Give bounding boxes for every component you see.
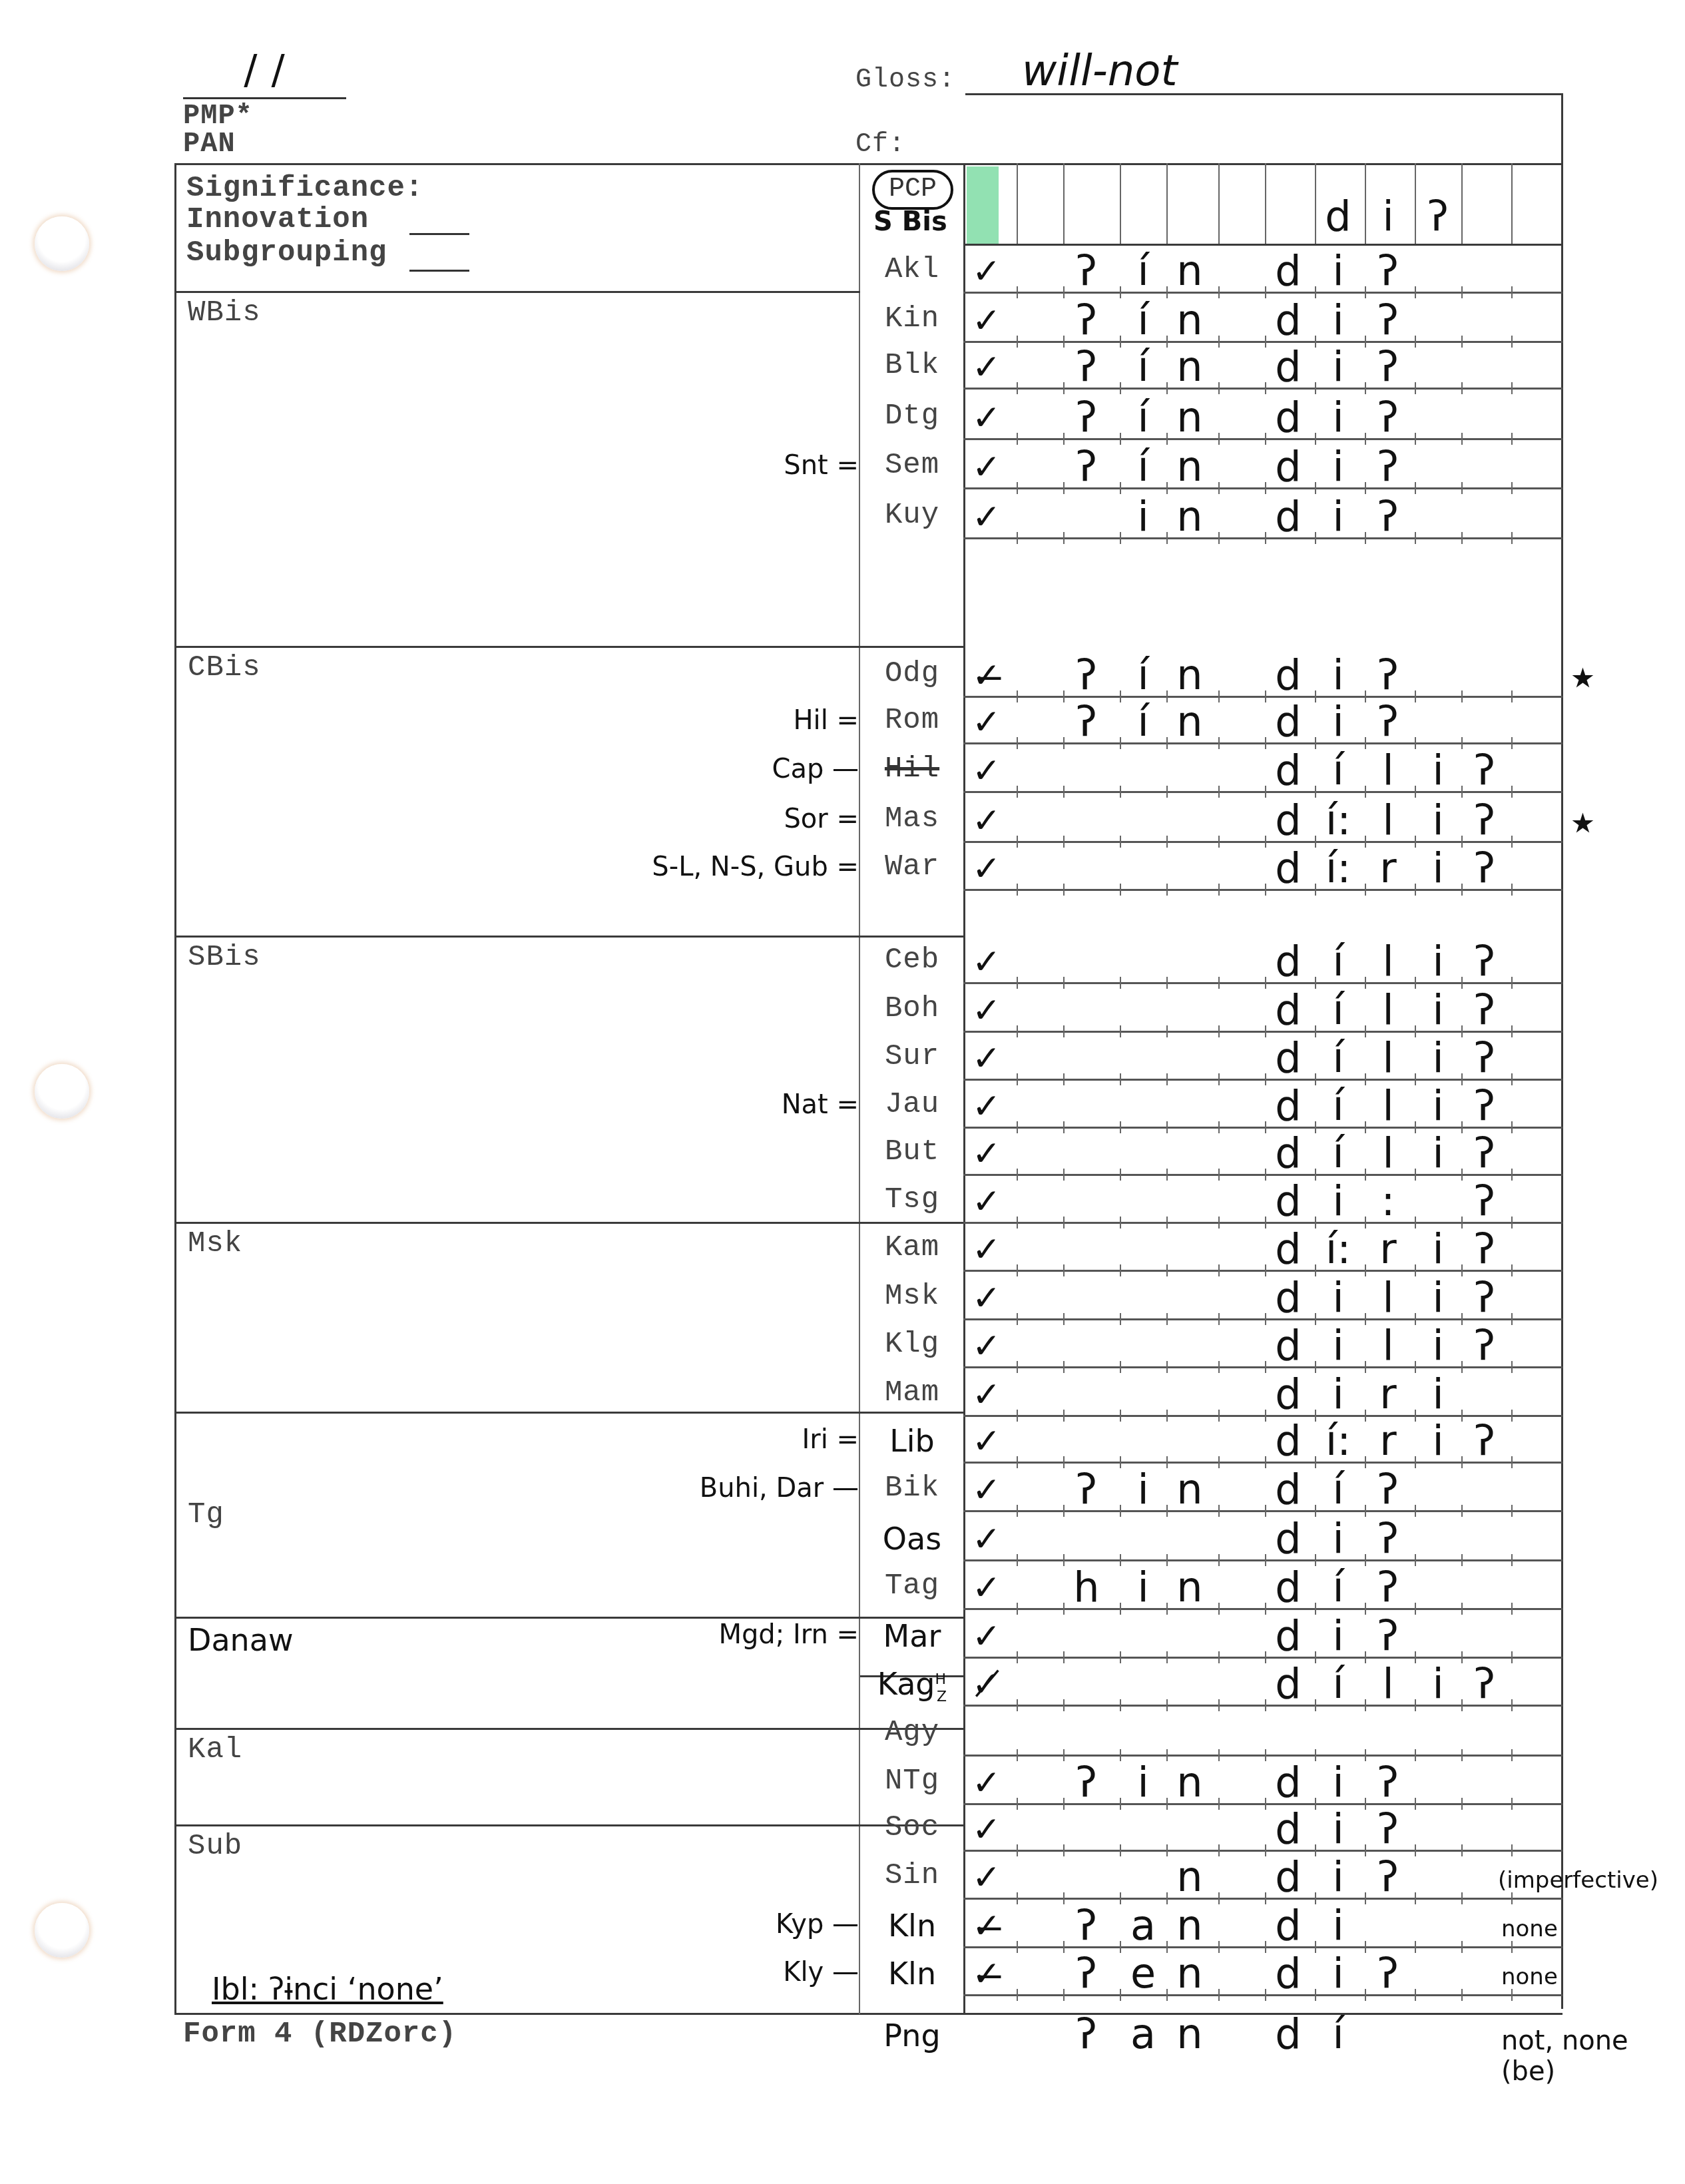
grid-tick — [1017, 1313, 1018, 1325]
form-segment: d — [1265, 652, 1312, 698]
check-mark[interactable]: ✓ — [972, 751, 1001, 791]
grid-tick — [1017, 1892, 1018, 1904]
form-segment: ʔ — [1461, 1130, 1508, 1177]
proto-label-overwritten: S Bis — [873, 206, 947, 237]
grid-tick — [1415, 690, 1416, 702]
grid-tick — [1166, 1073, 1168, 1085]
cf-label: Cf: — [855, 130, 905, 160]
cross-reference: Mgd; Irn = — [718, 1619, 859, 1650]
language-label: Bik — [862, 1472, 962, 1505]
form-segment: d — [1265, 493, 1312, 540]
grid-tick — [1415, 1603, 1416, 1615]
grid-tick — [1166, 786, 1168, 798]
grid-tick — [1017, 433, 1018, 445]
grid-tick — [1511, 1749, 1513, 1761]
group-divider — [174, 646, 963, 648]
grid-tick — [1415, 1989, 1416, 2001]
form-segment: ʔ — [1365, 1854, 1411, 1900]
form-segment: i — [1315, 1274, 1361, 1321]
grid-tick — [1017, 737, 1018, 749]
grid-tick — [1218, 977, 1220, 989]
row-rule — [963, 1946, 1563, 1948]
check-mark[interactable]: ✓ — [972, 497, 1001, 537]
check-mark[interactable]: ✓̶ — [972, 656, 1001, 696]
grid-tick — [1017, 1456, 1018, 1468]
grid-tick — [1063, 1169, 1065, 1181]
grid-tick — [1511, 737, 1513, 749]
grid-tick — [1511, 286, 1513, 298]
grid-tick — [1166, 836, 1168, 848]
form-segment: í — [1315, 1083, 1361, 1129]
grid-tick — [1120, 1025, 1121, 1037]
form-segment: n — [1166, 652, 1213, 698]
check-mark[interactable]: ✓ — [972, 1810, 1001, 1850]
form-segment: í — [1120, 248, 1166, 294]
grid-tick — [1017, 836, 1018, 848]
check-mark[interactable]: ✓ — [972, 1617, 1001, 1657]
grid-tick — [1120, 1169, 1121, 1181]
significance-bottom — [174, 291, 860, 293]
grid-tick — [1017, 786, 1018, 798]
check-mark[interactable]: ✓ — [972, 801, 1001, 841]
form-segment: ʔ — [1461, 797, 1508, 844]
grid-tick — [1063, 1651, 1065, 1663]
grid-tick — [1511, 1603, 1513, 1615]
grid-tick — [1511, 1989, 1513, 2001]
form-segment: l — [1365, 1322, 1411, 1369]
grid-tick — [1166, 1410, 1168, 1422]
grid-tick — [1017, 382, 1018, 394]
row-rule — [963, 1755, 1563, 1757]
language-label: Akl — [862, 253, 962, 286]
cross-reference: Buhi, Dar — — [700, 1473, 859, 1503]
proto-label-circled: PCP — [872, 170, 953, 210]
form-segment: i — [1315, 1515, 1361, 1562]
check-mark[interactable]: ✓ — [972, 942, 1001, 982]
grid-tick — [1511, 382, 1513, 394]
form-segment: d — [1265, 1902, 1312, 1949]
form-segment: ʔ — [1461, 1274, 1508, 1321]
grid-tick — [1017, 1844, 1018, 1856]
form-segment: d — [1265, 1613, 1312, 1659]
form-segment: l — [1365, 747, 1411, 794]
language-label: Soc — [862, 1811, 962, 1844]
grid-tick — [1166, 1699, 1168, 1711]
form-segment: í — [1120, 394, 1166, 441]
form-segment: d — [1265, 1322, 1312, 1369]
grid-tick — [1166, 1264, 1168, 1276]
form-segment: i — [1415, 1661, 1461, 1707]
form-segment: n — [1166, 1902, 1213, 1949]
extra-form-segment: ʔ — [1063, 2011, 1110, 2057]
row-rule — [963, 1898, 1563, 1900]
group-label-sbis: SBis — [188, 941, 261, 974]
proto-grid-column — [1218, 163, 1220, 245]
check-mark[interactable]: ✓ — [972, 1375, 1001, 1415]
language-label: Kuy — [862, 499, 962, 532]
group-divider — [174, 1728, 963, 1730]
row-rule — [963, 1608, 1563, 1610]
form-segment: ʔ — [1365, 297, 1411, 344]
grid-tick — [1461, 1989, 1463, 2001]
grid-tick — [1415, 286, 1416, 298]
check-mark[interactable]: ✓ — [972, 1278, 1001, 1318]
proto-segment: i — [1365, 193, 1411, 240]
check-mark[interactable]: ✓ — [972, 1230, 1001, 1270]
form-segment: l — [1365, 1274, 1411, 1321]
grid-tick — [1017, 1749, 1018, 1761]
language-label: Lib — [862, 1423, 962, 1459]
grid-tick — [1017, 1169, 1018, 1181]
grid-tick — [1461, 1798, 1463, 1810]
innovation-field[interactable] — [409, 233, 469, 235]
grid-tick — [1218, 1844, 1220, 1856]
form-segment: i — [1415, 1371, 1461, 1418]
row-note: none — [1501, 1964, 1558, 1990]
form-segment: i — [1315, 1950, 1361, 1997]
grid-tick — [1511, 1121, 1513, 1133]
check-mark[interactable]: ✓ — [972, 1422, 1001, 1462]
proto-grid-column — [1265, 163, 1266, 245]
check-mark[interactable]: ✓ — [972, 252, 1001, 292]
grid-tick — [1415, 482, 1416, 494]
form-segment: l — [1365, 938, 1411, 985]
check-mark[interactable]: ✓ — [972, 1182, 1001, 1222]
grid-tick — [1218, 382, 1220, 394]
check-mark[interactable]: ✓ — [972, 1568, 1001, 1608]
check-mark[interactable]: ✓ — [972, 447, 1001, 487]
row-rule — [963, 1415, 1563, 1417]
row-rule — [963, 696, 1563, 698]
grid-tick — [1120, 786, 1121, 798]
check-mark[interactable]: ✓̸ — [972, 1665, 1001, 1705]
label-column-divider — [859, 163, 860, 2014]
grid-tick — [1017, 336, 1018, 348]
extra-form-segment: a — [1120, 2011, 1166, 2057]
check-mark[interactable]: ✓ — [972, 1858, 1001, 1898]
row-note: none — [1501, 1916, 1558, 1942]
proto-grid-column — [1166, 163, 1168, 245]
form-segment: i — [1315, 1613, 1361, 1659]
pmp-label: PMP* — [183, 100, 253, 132]
proto-grid-column — [1461, 163, 1463, 245]
gloss-box-right — [1561, 93, 1563, 163]
extra-row-note: not, none (be) — [1501, 2026, 1685, 2087]
grid-tick — [1017, 1989, 1018, 2001]
form-segment: ʔ — [1063, 698, 1110, 745]
check-mark[interactable]: ✓ — [972, 1134, 1001, 1174]
grid-tick — [1120, 1313, 1121, 1325]
grid-tick — [1218, 786, 1220, 798]
check-mark[interactable]: ✓ — [972, 1087, 1001, 1127]
form-segment: d — [1265, 845, 1312, 892]
form-segment: i — [1315, 1178, 1361, 1225]
grid-tick — [1461, 382, 1463, 394]
grid-tick — [1461, 1749, 1463, 1761]
check-mark[interactable]: ✓ — [972, 1519, 1001, 1559]
form-segment: ʔ — [1365, 443, 1411, 490]
form-segment: d — [1265, 698, 1312, 745]
form-segment: d — [1265, 797, 1312, 844]
cross-reference: Snt = — [784, 450, 859, 481]
grid-tick — [1461, 1505, 1463, 1517]
subgrouping-field[interactable] — [409, 270, 469, 272]
form-segment: ʔ — [1461, 1418, 1508, 1464]
form-segment: í — [1120, 698, 1166, 745]
grid-tick — [1218, 1025, 1220, 1037]
form-segment: ʔ — [1365, 1564, 1411, 1611]
form-segment: n — [1166, 394, 1213, 441]
proto-segment: ʔ — [1415, 193, 1461, 240]
form-segment: d — [1265, 297, 1312, 344]
grid-tick — [1166, 1121, 1168, 1133]
form-segment: ʔ — [1461, 1661, 1508, 1707]
grid-tick — [1063, 786, 1065, 798]
form-segment: i — [1120, 1759, 1166, 1806]
binder-hole-top — [35, 216, 89, 271]
check-mark[interactable]: ✓ — [972, 1039, 1001, 1079]
star-icon: ★ — [1571, 652, 1594, 700]
grid-tick — [1017, 1121, 1018, 1133]
footer-note: Ibl: ʔɨnci ‘none’ — [212, 1971, 443, 2007]
form-segment: d — [1265, 1515, 1312, 1562]
proto-grid-column — [1017, 163, 1018, 245]
cross-reference: Iri = — [802, 1424, 859, 1455]
form-segment: d — [1265, 248, 1312, 294]
form-segment: i — [1315, 652, 1361, 698]
proto-grid-column — [1063, 163, 1065, 245]
form-segment: d — [1265, 1178, 1312, 1225]
language-label: War — [862, 850, 962, 884]
form-segment: i — [1315, 698, 1361, 745]
group-label-cbis: CBis — [188, 651, 261, 684]
form-segment: i — [1415, 938, 1461, 985]
form-segment: n — [1166, 1564, 1213, 1611]
table-top-border — [174, 163, 1563, 165]
proto-grid-column — [1120, 163, 1121, 245]
grid-tick — [1166, 1217, 1168, 1228]
grid-tick — [1120, 1844, 1121, 1856]
form-segment: ʔ — [1365, 1466, 1411, 1513]
form-segment: ʔ — [1063, 297, 1110, 344]
grid-tick — [1511, 1892, 1513, 1904]
grid-tick — [1218, 532, 1220, 544]
row-rule — [963, 1803, 1563, 1805]
form-segment: ʔ — [1063, 1950, 1110, 1997]
group-divider — [174, 936, 963, 938]
form-segment: r — [1365, 845, 1411, 892]
grid-tick — [1511, 1025, 1513, 1037]
group-label-sub: Sub — [188, 1830, 242, 1863]
language-label: Oas — [862, 1521, 962, 1557]
language-label: Kam — [862, 1231, 962, 1264]
grid-tick — [1017, 1217, 1018, 1228]
form-segment: i — [1315, 344, 1361, 390]
form-segment: í — [1120, 297, 1166, 344]
grid-tick — [1511, 482, 1513, 494]
form-segment: i — [1315, 1759, 1361, 1806]
form-segment: ʔ — [1365, 248, 1411, 294]
grid-tick — [1218, 1603, 1220, 1615]
form-segment: i — [1415, 1418, 1461, 1464]
form-segment: d — [1265, 1226, 1312, 1272]
form-segment: ʔ — [1461, 987, 1508, 1033]
form-segment: ʔ — [1365, 1613, 1411, 1659]
grid-tick — [1017, 1699, 1018, 1711]
row-note: (imperfective) — [1498, 1867, 1658, 1894]
grid-tick — [1218, 1798, 1220, 1810]
check-mark[interactable]: ✓ — [972, 398, 1001, 438]
form-segment: d — [1265, 1854, 1312, 1900]
row-rule — [963, 292, 1563, 294]
grid-tick — [1511, 433, 1513, 445]
gloss-underline — [965, 93, 1561, 95]
grid-tick — [1461, 482, 1463, 494]
form-segment: i — [1315, 248, 1361, 294]
language-label: Sur — [862, 1040, 962, 1073]
row-rule — [963, 537, 1563, 539]
grid-tick — [1017, 1025, 1018, 1037]
grid-tick — [1461, 1892, 1463, 1904]
grid-tick — [1218, 1941, 1220, 1953]
group-divider — [174, 1617, 963, 1619]
check-mark[interactable]: ✓ — [972, 301, 1001, 341]
form-segment: n — [1166, 1950, 1213, 1997]
form-label: Form 4 (RDZorc) — [183, 2018, 457, 2051]
form-segment: n — [1166, 1466, 1213, 1513]
form-segment: i — [1415, 987, 1461, 1033]
grid-tick — [1415, 1554, 1416, 1566]
form-segment: ʔ — [1461, 747, 1508, 794]
row-rule — [963, 742, 1563, 744]
form-segment: í — [1315, 1035, 1361, 1081]
form-segment: í: — [1315, 845, 1361, 892]
form-segment: a — [1120, 1902, 1166, 1949]
innovation-label: Innovation — [186, 203, 369, 236]
check-mark[interactable]: ✓ — [972, 849, 1001, 889]
form-segment: ʔ — [1063, 344, 1110, 390]
subgrouping-label: Subgrouping — [186, 236, 387, 270]
form-segment: n — [1166, 248, 1213, 294]
grid-tick — [1120, 836, 1121, 848]
grid-tick — [1017, 1651, 1018, 1663]
form-segment: d — [1265, 1274, 1312, 1321]
check-mark[interactable]: ✓ — [972, 702, 1001, 742]
cross-reference: S-L, N-S, Gub = — [652, 852, 859, 882]
grid-tick — [1120, 1264, 1121, 1276]
form-segment: i — [1315, 1322, 1361, 1369]
grid-tick — [1063, 532, 1065, 544]
grid-tick — [1415, 1798, 1416, 1810]
form-segment: í — [1120, 652, 1166, 698]
grid-tick — [1063, 1844, 1065, 1856]
form-segment: ʔ — [1365, 652, 1411, 698]
grid-tick — [1511, 1554, 1513, 1566]
grid-tick — [1017, 482, 1018, 494]
grid-tick — [1511, 1844, 1513, 1856]
row-rule — [963, 438, 1563, 440]
check-mark[interactable]: ✓̶ — [972, 1954, 1001, 1994]
grid-tick — [1511, 1505, 1513, 1517]
grid-tick — [1063, 1217, 1065, 1228]
cross-reference: Sor = — [784, 804, 859, 834]
grid-tick — [1218, 1892, 1220, 1904]
cross-reference: Kyp — — [776, 1909, 859, 1940]
grid-tick — [1218, 1121, 1220, 1133]
check-mark[interactable]: ✓ — [972, 1470, 1001, 1510]
grid-tick — [1461, 433, 1463, 445]
form-segment: r — [1365, 1418, 1411, 1464]
grid-tick — [1120, 1217, 1121, 1228]
grid-tick — [1166, 977, 1168, 989]
language-label: Odg — [862, 657, 962, 690]
form-segment: ʔ — [1063, 248, 1110, 294]
grid-tick — [1063, 836, 1065, 848]
row-rule — [963, 1510, 1563, 1512]
form-segment: ʔ — [1063, 1759, 1110, 1806]
language-label: Mas — [862, 802, 962, 836]
form-segment: i — [1415, 797, 1461, 844]
check-mark[interactable]: ✓ — [972, 348, 1001, 388]
form-segment: d — [1265, 394, 1312, 441]
grid-tick — [1063, 1699, 1065, 1711]
form-segment: í — [1315, 987, 1361, 1033]
form-segment: ʔ — [1365, 344, 1411, 390]
form-segment: i — [1415, 1226, 1461, 1272]
form-segment: h — [1063, 1564, 1110, 1611]
form-segment: i — [1120, 493, 1166, 540]
language-label: Agy — [862, 1716, 962, 1749]
grid-tick — [1120, 1121, 1121, 1133]
form-segment: i — [1315, 1854, 1361, 1900]
grid-tick — [1166, 1361, 1168, 1373]
grid-tick — [1511, 1941, 1513, 1953]
form-segment: l — [1365, 1035, 1411, 1081]
grid-tick — [1017, 286, 1018, 298]
grid-tick — [1218, 1073, 1220, 1085]
form-segment: i — [1315, 394, 1361, 441]
row-rule — [963, 1657, 1563, 1659]
language-label: Rom — [862, 704, 962, 737]
grid-tick — [1120, 1361, 1121, 1373]
form-segment: d — [1265, 747, 1312, 794]
grid-tick — [1017, 1361, 1018, 1373]
extra-form-segment: d — [1265, 2011, 1312, 2057]
form-segment: n — [1166, 344, 1213, 390]
check-mark[interactable]: ✓ — [972, 1326, 1001, 1366]
language-label: Boh — [862, 992, 962, 1025]
group-label-kal: Kal — [188, 1733, 242, 1767]
check-mark[interactable]: ✓ — [972, 991, 1001, 1031]
form-segment: ʔ — [1365, 394, 1411, 441]
language-label: Hil — [862, 752, 962, 786]
date-field[interactable]: / / — [183, 47, 346, 99]
form-segment: d — [1265, 1035, 1312, 1081]
form-segment: r — [1365, 1371, 1411, 1418]
form-segment: i — [1315, 297, 1361, 344]
check-mark[interactable]: ✓ — [972, 1763, 1001, 1803]
form-segment: d — [1265, 1130, 1312, 1177]
form-segment: ʔ — [1063, 652, 1110, 698]
form-segment: d — [1265, 1083, 1312, 1129]
form-segment: i — [1415, 1130, 1461, 1177]
gloss-value[interactable]: will-not — [1022, 47, 1178, 96]
grid-tick — [1063, 1025, 1065, 1037]
check-mark[interactable]: ✓̶ — [972, 1906, 1001, 1946]
grid-tick — [1218, 1361, 1220, 1373]
group-divider — [174, 1412, 963, 1414]
form-segment: i — [1120, 1466, 1166, 1513]
